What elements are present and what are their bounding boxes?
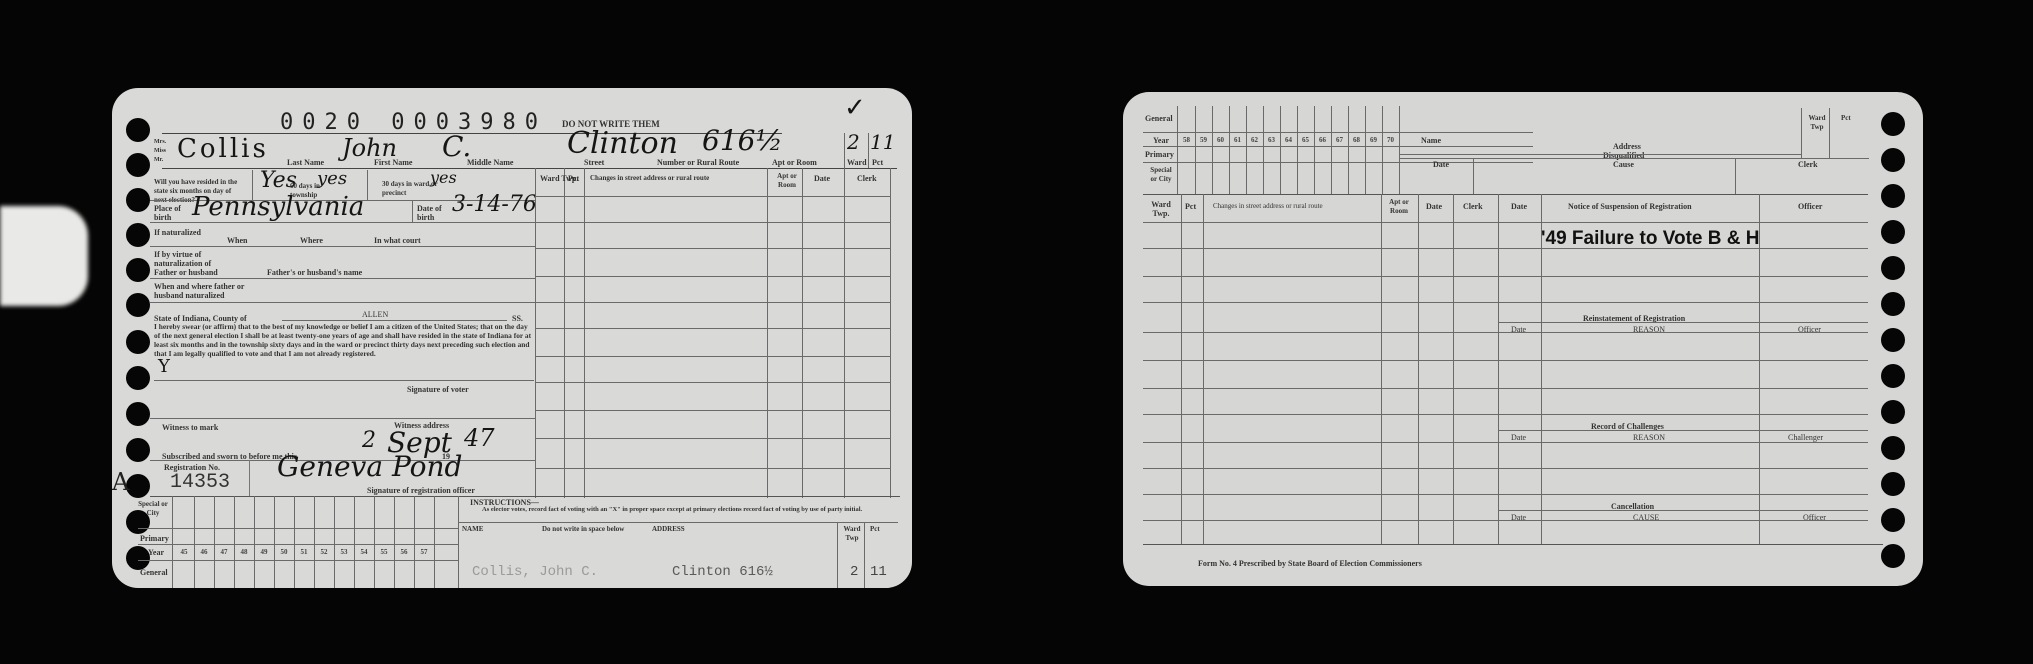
serial-number: 0020 0003980 <box>280 110 547 135</box>
punch-hole <box>126 330 150 354</box>
street-label: Street <box>584 158 604 167</box>
number-label: Number or Rural Route <box>657 158 739 167</box>
witness-mark-label: Witness to mark <box>162 423 218 432</box>
punch-hole <box>1881 112 1905 136</box>
challenges-date-label: Date <box>1511 433 1526 442</box>
grid-year-label: Year <box>1153 136 1169 145</box>
thirty-days-value: yes <box>430 168 457 187</box>
grid-year-label: Year <box>148 548 164 557</box>
punch-hole <box>1881 184 1905 208</box>
grid-special-label: Special or City <box>1147 166 1175 184</box>
date-of-birth-label: Date of birth <box>417 204 447 222</box>
punch-hole <box>1881 544 1905 568</box>
registration-card-back: General Year Primary Special or City 58 … <box>1123 92 1923 586</box>
name-label: Name <box>1421 136 1441 145</box>
precinct-label: Pct <box>872 158 883 167</box>
sworn-year: 47 <box>464 424 495 452</box>
col-date: Date <box>1426 202 1442 211</box>
signature-officer-label: Signature of registration officer <box>367 486 475 495</box>
registration-number: 14353 <box>170 471 230 494</box>
grid-general-label: General <box>1145 114 1173 123</box>
grid-general-label: General <box>140 568 168 577</box>
card-letter: A <box>112 468 129 496</box>
address-label: Address <box>1613 142 1641 151</box>
when-label: When <box>227 236 247 245</box>
punch-hole <box>126 366 150 390</box>
col-changes: Changes in street address or rural route <box>1213 202 1323 211</box>
punch-hole <box>126 153 150 177</box>
punch-hole <box>1881 292 1905 316</box>
sixty-days-value: yes <box>317 168 347 189</box>
punch-hole <box>1881 328 1905 352</box>
ward-value: 2 <box>847 130 860 154</box>
county-value: ALLEN <box>362 310 388 319</box>
court-label: In what court <box>374 236 421 245</box>
grid-primary-label: Primary <box>140 534 169 543</box>
apt-label: Apt or Room <box>772 158 817 167</box>
punch-hole <box>126 474 150 498</box>
date-of-birth: 3-14-76 <box>452 192 537 217</box>
punch-hole <box>1881 364 1905 388</box>
suspension-date-label: Date <box>1511 202 1527 211</box>
ward-label: Ward <box>847 158 867 167</box>
suspension-title: Notice of Suspension of Registration <box>1568 202 1692 211</box>
registration-card-front: 0020 0003980 DO NOT WRITE THEM ✓ Mrs. Mi… <box>112 88 912 588</box>
place-of-birth: Pennsylvania <box>192 192 364 222</box>
col-apt: Apt or Room <box>772 172 802 190</box>
col-ward: Ward Twp. <box>1148 200 1174 218</box>
suspension-entry: '49 Failure to Vote B & H <box>1541 228 1759 250</box>
col-clerk: Clerk <box>857 174 877 183</box>
pct-label: Pct <box>1841 114 1851 123</box>
clerk-label: Clerk <box>1798 160 1818 169</box>
col-apt: Apt or Room <box>1385 198 1413 216</box>
date-label: Date <box>1433 160 1449 169</box>
checkmark: ✓ <box>844 93 866 123</box>
voter-mark: Y <box>158 356 170 377</box>
punch-hole <box>126 546 150 570</box>
punch-hole <box>1881 220 1905 244</box>
punch-hole <box>126 258 150 282</box>
col-date: Date <box>814 174 830 183</box>
challenges-reason-label: REASON <box>1633 433 1665 442</box>
instructions-text: As elector votes, record fact of voting … <box>482 506 882 514</box>
officer-signature: Geneva Pond <box>277 450 462 483</box>
when-where-father-label: When and where father or husband natural… <box>154 282 249 300</box>
col-pct: Pct <box>1185 202 1196 211</box>
oath-text: I hereby swear (or affirm) that to the b… <box>154 322 534 358</box>
form-footer-text: Form No. 4 Prescribed by State Board of … <box>1198 559 1422 568</box>
typed-ward: 2 <box>850 564 858 580</box>
precinct-value: 11 <box>870 130 895 154</box>
punch-hole <box>1881 256 1905 280</box>
col-changes: Changes in street address or rural route <box>590 174 709 183</box>
punch-hole <box>126 118 150 142</box>
footer-name-label: NAME <box>462 525 483 534</box>
punch-hole <box>126 223 150 247</box>
grid-primary-label: Primary <box>1145 150 1174 159</box>
punch-hole <box>1881 472 1905 496</box>
punch-hole <box>126 293 150 317</box>
typed-address: Clinton 616½ <box>672 564 773 580</box>
middle-name-label: Middle Name <box>467 158 513 167</box>
place-of-birth-label: Place of birth <box>154 204 184 222</box>
punch-hole <box>126 188 150 212</box>
typed-pct: 11 <box>870 564 887 580</box>
signature-voter-label: Signature of voter <box>407 385 469 394</box>
cause-label: Cause <box>1613 160 1634 169</box>
footer-address-label: ADDRESS <box>652 525 685 534</box>
challenges-challenger-label: Challenger <box>1788 433 1823 442</box>
punch-hole <box>1881 148 1905 172</box>
where-label: Where <box>300 236 323 245</box>
father-name-label: Father's or husband's name <box>267 268 362 277</box>
grid-special-label: Special or City <box>138 500 168 518</box>
col-clerk: Clerk <box>1463 202 1483 211</box>
last-name: Collis <box>177 134 269 164</box>
house-number: 616½ <box>702 124 783 157</box>
by-virtue-label: If by virtue of naturalization of Father… <box>154 250 229 277</box>
naturalized-label: If naturalized <box>154 228 204 237</box>
footer-pct-label: Pct <box>870 525 880 534</box>
punch-hole <box>126 402 150 426</box>
punch-hole <box>126 438 150 462</box>
street: Clinton <box>567 126 678 161</box>
ward-twp-label: Ward Twp <box>1803 114 1831 132</box>
col-pct: Pct <box>568 174 579 183</box>
typed-name: Collis, John C. <box>472 564 598 580</box>
footer-ward-label: Ward Twp <box>840 525 864 543</box>
punch-hole <box>1881 508 1905 532</box>
footer-do-not-write: Do not write in space below <box>542 525 624 534</box>
punch-hole <box>1881 400 1905 424</box>
first-name-label: First Name <box>374 158 412 167</box>
salutation-label: Mrs. Miss Mr. <box>154 138 172 165</box>
punch-hole <box>1881 436 1905 460</box>
adjacent-card-edge <box>0 206 88 306</box>
last-name-label: Last Name <box>287 158 324 167</box>
suspension-officer-label: Officer <box>1798 202 1822 211</box>
